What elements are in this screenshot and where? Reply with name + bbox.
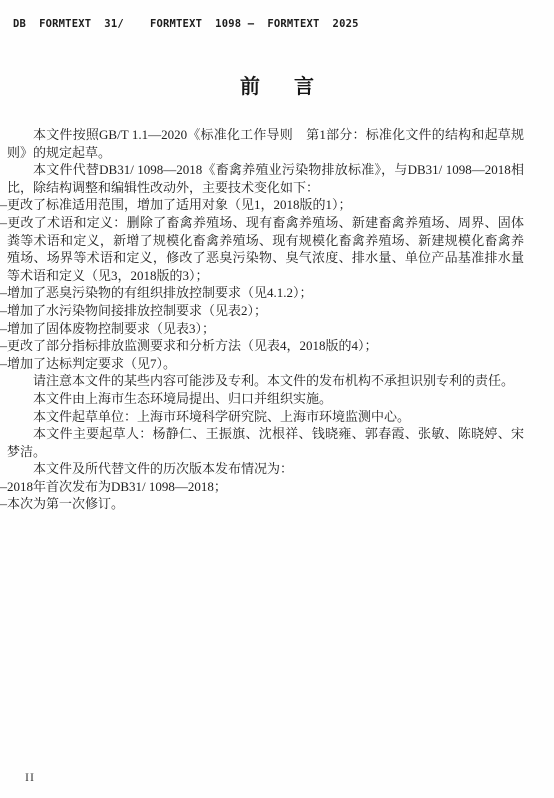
list-item: ——增加了固体废物控制要求（见表3）； xyxy=(7,320,524,338)
document-title: 前言 xyxy=(0,70,554,99)
paragraph: 本文件及所代替文件的历次版本发布情况为： xyxy=(7,460,524,478)
paragraph: 本文件由上海市生态环境局提出、归口并组织实施。 xyxy=(7,390,524,408)
list-item: ——更改了部分指标排放监测要求和分析方法（见表4，2018版的4）； xyxy=(7,337,524,355)
list-item: ——本次为第一次修订。 xyxy=(7,495,524,513)
list-item: ——更改了术语和定义：删除了畜禽养殖场、现有畜禽养殖场、新建畜禽养殖场、周界、固… xyxy=(7,214,524,284)
list-item: ——2018年首次发布为DB31/ 1098—2018； xyxy=(7,478,524,496)
list-item: ——增加了恶臭污染物的有组织排放控制要求（见4.1.2）； xyxy=(7,284,524,302)
paragraph: 本文件按照GB/T 1.1—2020《标准化工作导则 第1部分：标准化文件的结构… xyxy=(7,126,524,161)
paragraph: 本文件起草单位：上海市环境科学研究院、上海市环境监测中心。 xyxy=(7,408,524,426)
paragraph: 本文件主要起草人：杨静仁、王振旗、沈根祥、钱晓雍、郭春霞、张敏、陈晓婷、宋梦洁。 xyxy=(7,425,524,460)
list-item: ——增加了达标判定要求（见7）。 xyxy=(7,355,524,373)
paragraph: 本文件代替DB31/ 1098—2018《畜禽养殖业污染物排放标准》，与DB31… xyxy=(7,161,524,196)
page-number: II xyxy=(25,770,35,785)
document-body: 本文件按照GB/T 1.1—2020《标准化工作导则 第1部分：标准化文件的结构… xyxy=(7,126,524,513)
document-page: DB FORMTEXT 31/ FORMTEXT 1098 — FORMTEXT… xyxy=(0,0,554,798)
paragraph: 请注意本文件的某些内容可能涉及专利。本文件的发布机构不承担识别专利的责任。 xyxy=(7,372,524,390)
list-item: ——更改了标准适用范围，增加了适用对象（见1，2018版的1）； xyxy=(7,196,524,214)
list-item: ——增加了水污染物间接排放控制要求（见表2）； xyxy=(7,302,524,320)
document-code-header: DB FORMTEXT 31/ FORMTEXT 1098 — FORMTEXT… xyxy=(13,18,359,30)
